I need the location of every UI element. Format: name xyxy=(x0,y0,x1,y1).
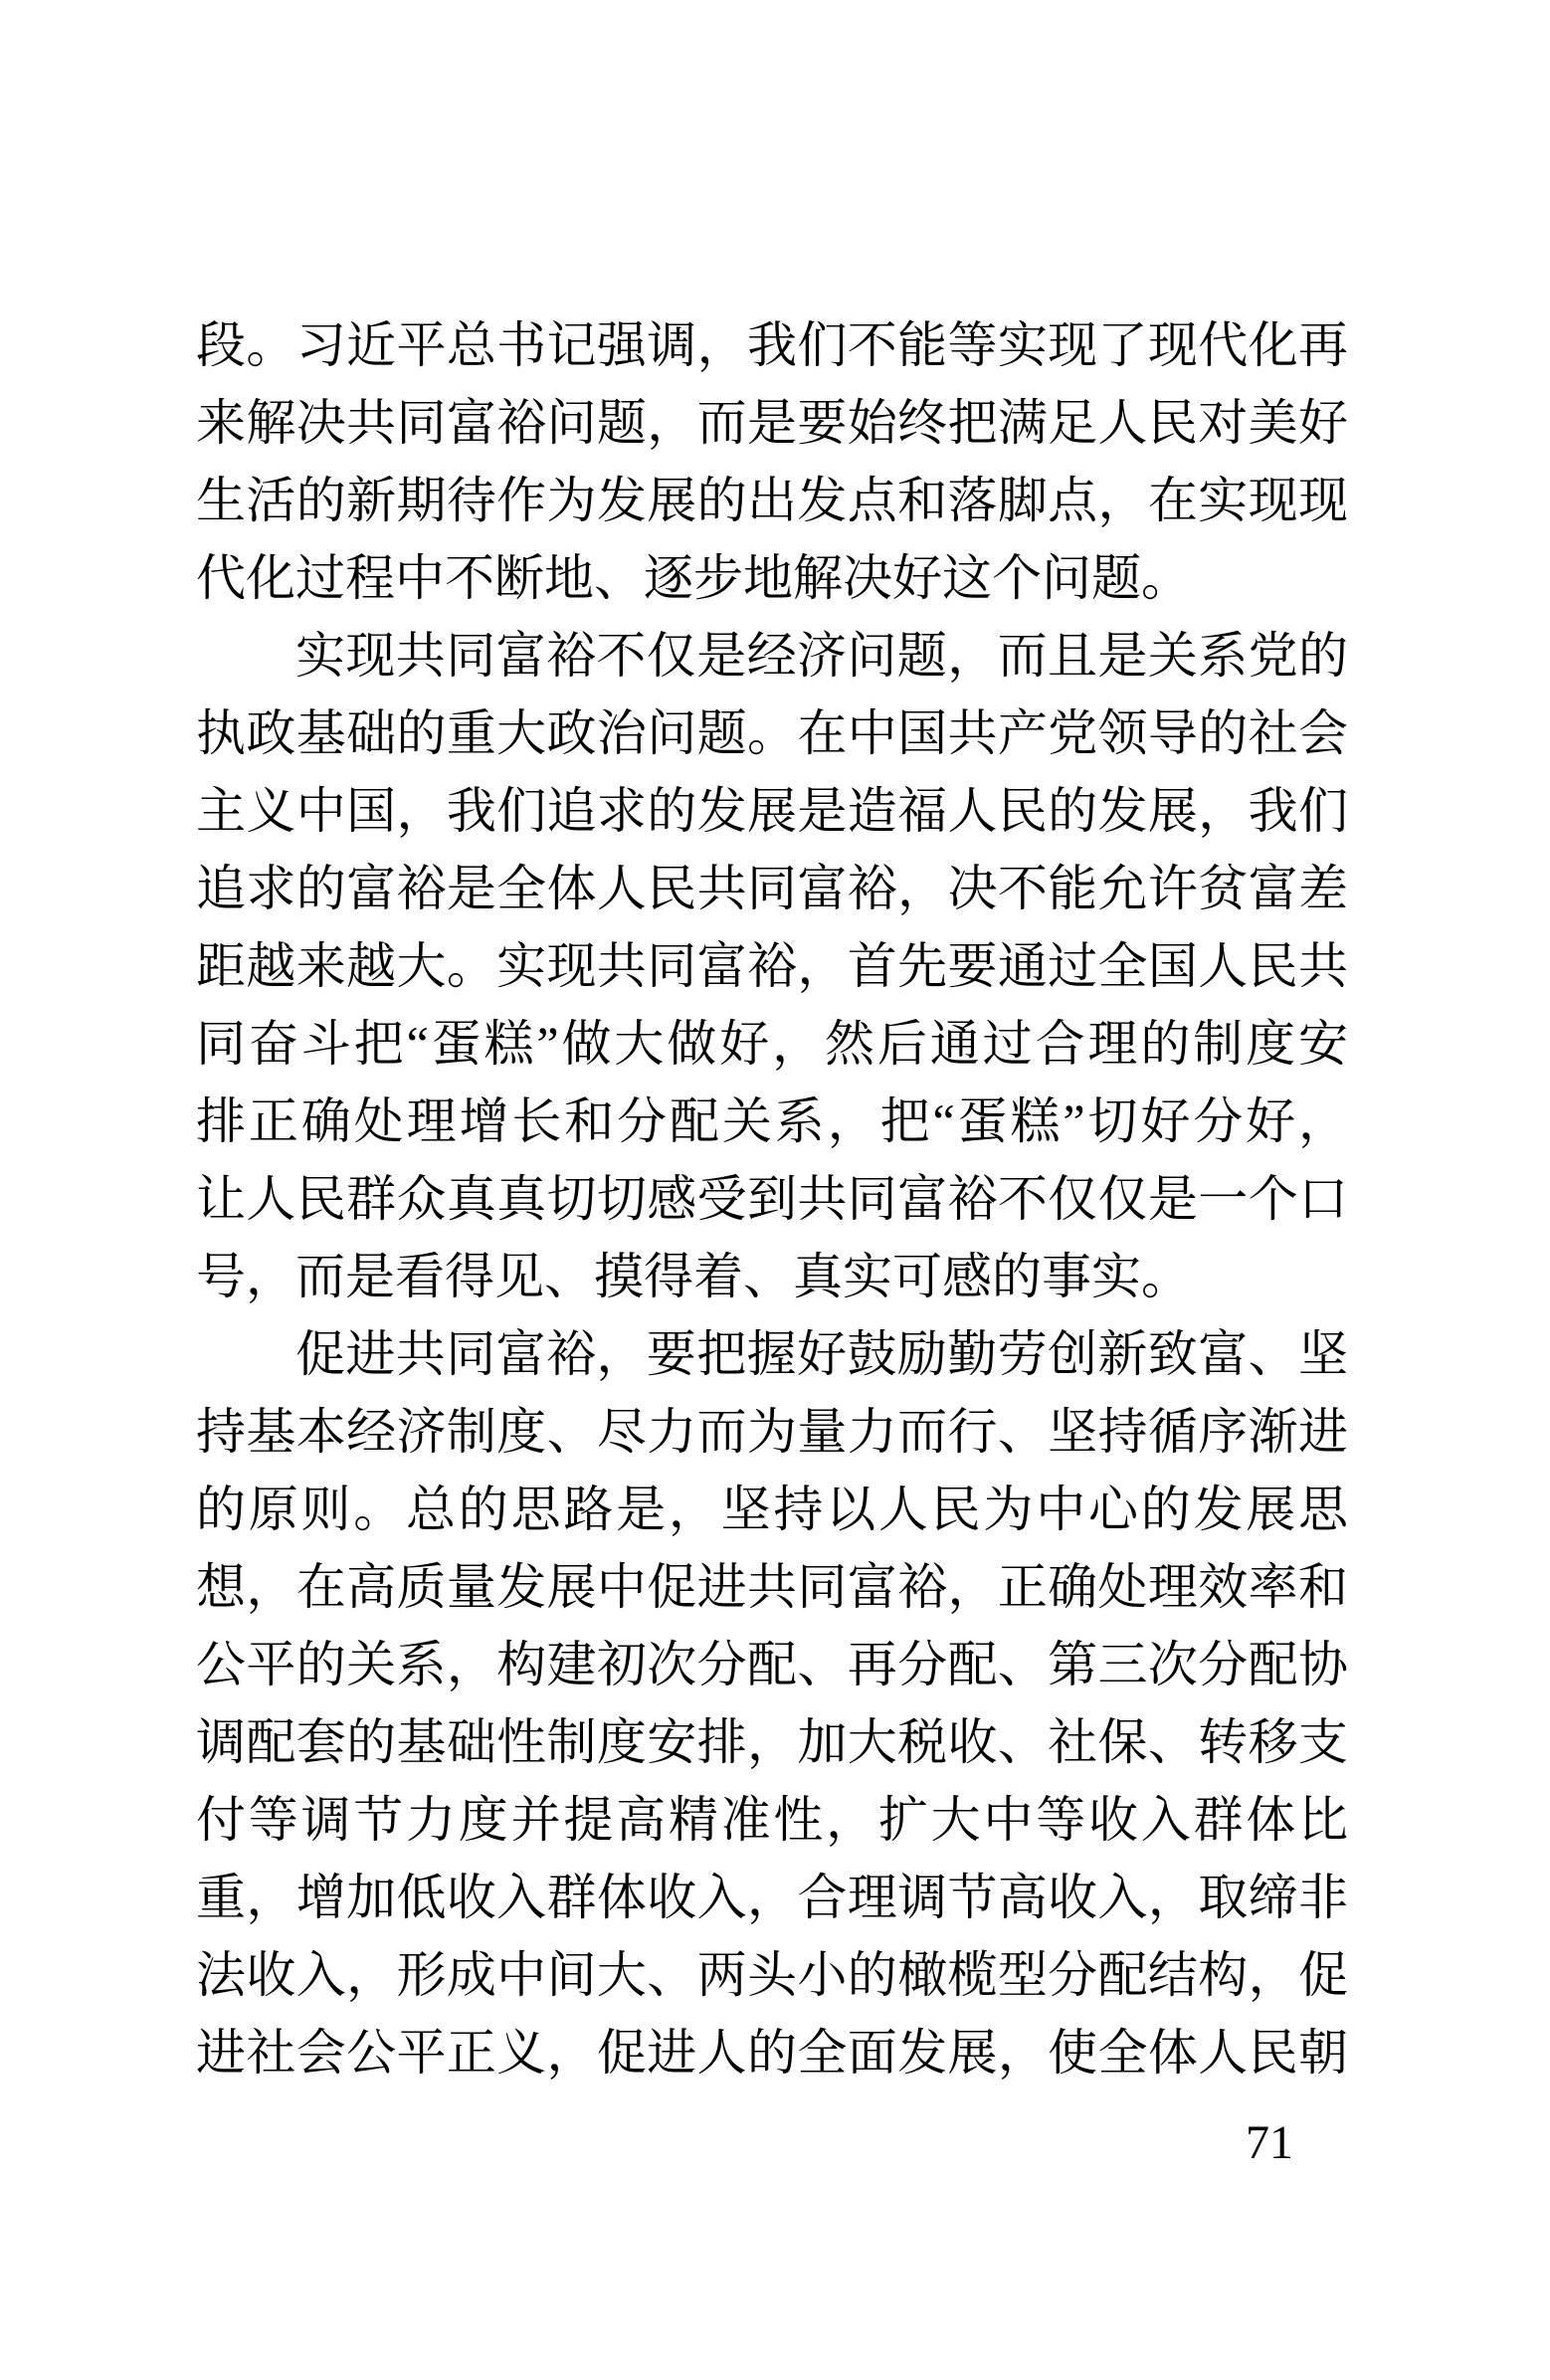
text-line: 重，增加低收入群体收入，合理调节高收入，取缔非 xyxy=(196,1859,1348,1936)
text-line: 调配套的基础性制度安排，加大税收、社保、转移支 xyxy=(196,1703,1348,1781)
book-page: 段。习近平总书记强调，我们不能等实现了现代化再 来解决共同富裕问题，而是要始终把… xyxy=(0,0,1550,2380)
text-line: 持基本经济制度、尽力而为量力而行、坚持循序渐进 xyxy=(196,1393,1348,1471)
text-line: 让人民群众真真切切感受到共同富裕不仅仅是一个口 xyxy=(196,1160,1348,1238)
text-line: 公平的关系，构建初次分配、再分配、第三次分配协 xyxy=(196,1626,1348,1703)
text-line: 号，而是看得见、摸得着、真实可感的事实。 xyxy=(196,1238,1348,1315)
text-line: 距越来越大。实现共同富裕，首先要通过全国人民共 xyxy=(196,927,1348,1005)
text-line: 段。习近平总书记强调，我们不能等实现了现代化再 xyxy=(196,306,1348,384)
text-line: 生活的新期待作为发展的出发点和落脚点，在实现现 xyxy=(196,462,1348,539)
text-line: 来解决共同富裕问题，而是要始终把满足人民对美好 xyxy=(196,384,1348,462)
text-line: 法收入，形成中间大、两头小的橄榄型分配结构，促 xyxy=(196,1936,1348,2014)
text-line: 的原则。总的思路是，坚持以人民为中心的发展思 xyxy=(196,1471,1348,1548)
text-line: 代化过程中不断地、逐步地解决好这个问题。 xyxy=(196,539,1348,617)
text-line: 执政基础的重大政治问题。在中国共产党领导的社会 xyxy=(196,694,1348,772)
page-number: 71 xyxy=(1246,2115,1293,2171)
text-line: 排正确处理增长和分配关系，把“蛋糕”切好分好， xyxy=(196,1083,1348,1160)
text-line: 想，在高质量发展中促进共同富裕，正确处理效率和 xyxy=(196,1548,1348,1626)
text-line: 付等调节力度并提高精准性，扩大中等收入群体比 xyxy=(196,1781,1348,1859)
text-line: 追求的富裕是全体人民共同富裕，决不能允许贫富差 xyxy=(196,850,1348,927)
text-line: 促进共同富裕，要把握好鼓励勤劳创新致富、坚 xyxy=(196,1315,1348,1393)
text-line: 实现共同富裕不仅是经济问题，而且是关系党的 xyxy=(196,617,1348,694)
text-line: 同奋斗把“蛋糕”做大做好，然后通过合理的制度安 xyxy=(196,1005,1348,1083)
text-line: 主义中国，我们追求的发展是造福人民的发展，我们 xyxy=(196,772,1348,850)
text-line: 进社会公平正义，促进人的全面发展，使全体人民朝 xyxy=(196,2014,1348,2091)
page-text: 段。习近平总书记强调，我们不能等实现了现代化再 来解决共同富裕问题，而是要始终把… xyxy=(196,306,1348,2091)
